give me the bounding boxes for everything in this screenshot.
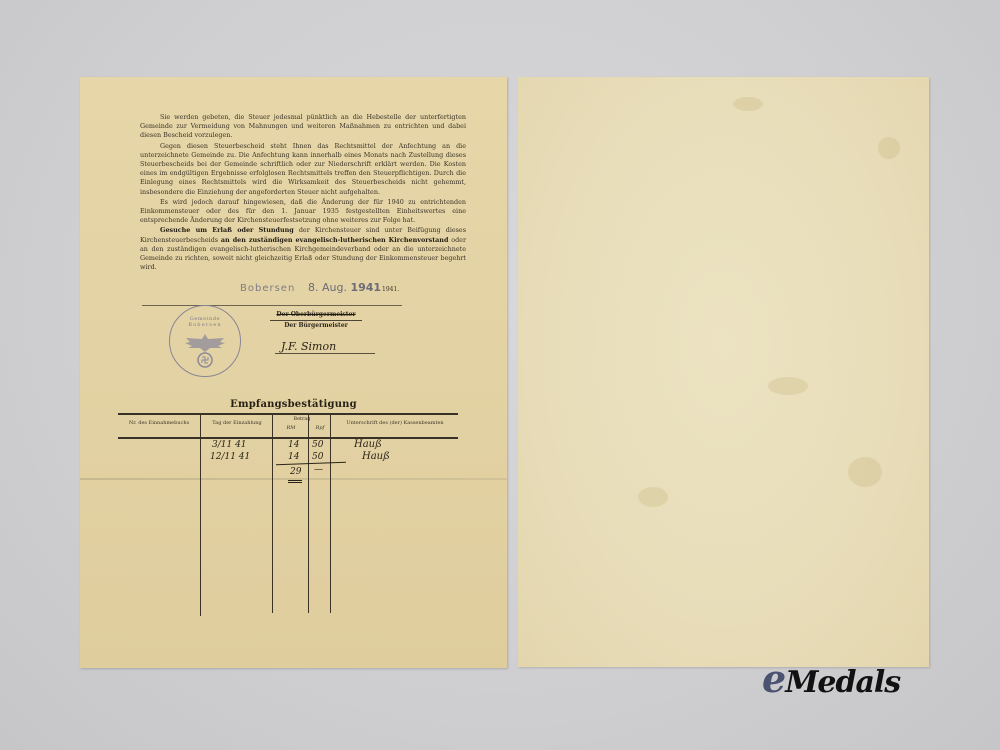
header-payment-date: Tag der Einzahlung: [202, 420, 272, 426]
place-name: Bobersen: [240, 283, 295, 294]
place-date-line: [142, 292, 402, 306]
foxing-spot: [733, 97, 763, 111]
header-rpf: Rpf: [310, 425, 330, 431]
header-rm: RM: [278, 425, 304, 431]
column-divider: [330, 415, 331, 613]
double-underline: [288, 480, 302, 483]
emedals-watermark: eMedals: [762, 656, 900, 701]
foxing-spot: [638, 487, 668, 507]
row-1-rm: 14: [288, 440, 299, 450]
sum-underline: [276, 462, 346, 465]
column-divider: [308, 415, 309, 613]
row-2-cashier-signature: Hauß: [362, 451, 390, 462]
document-body: Sie werden gebeten, die Steuer jedesmal …: [140, 113, 466, 273]
paragraph-appeal-rights: Gegen diesen Steuerbescheid steht Ihnen …: [140, 142, 466, 197]
column-divider: [200, 415, 201, 616]
eagle-emblem-icon: [182, 330, 228, 370]
header-receipt-book-no: Nr. des Einnahmebuchs: [120, 420, 198, 426]
header-cashier-signature: Unterschrift des (der) Kassenbeamten: [332, 420, 458, 426]
official-title-struck: Der Oberbürgermeister: [270, 311, 362, 318]
paragraph-payment-instructions: Sie werden gebeten, die Steuer jedesmal …: [140, 113, 466, 141]
date-stamp: 8. Aug. 1941: [308, 281, 381, 294]
mayor-signature: J.F. Simon: [275, 340, 375, 354]
table-top-rule: [118, 413, 458, 415]
row-1-date: 3/11 41: [212, 440, 247, 450]
row-2-rpf: 50: [312, 452, 323, 462]
tax-document-back-page: Sie werden gebeten, die Steuer jedesmal …: [80, 77, 507, 668]
total-rpf: —: [314, 465, 323, 475]
blank-document-page: [518, 77, 929, 667]
table-header-rule: [118, 437, 458, 439]
receipt-title: Empfangsbestätigung: [80, 399, 507, 410]
printed-year: 1941.: [382, 286, 399, 293]
foxing-spot: [878, 137, 900, 159]
total-rm: 29: [290, 467, 301, 477]
row-2-date: 12/11 41: [210, 452, 250, 462]
row-1-rpf: 50: [312, 440, 323, 450]
row-2-rm: 14: [288, 452, 299, 462]
paragraph-deferral-requests: Gesuche um Erlaß oder Stundung der Kirch…: [140, 226, 466, 272]
receipt-table: Nr. des Einnahmebuchs Tag der Einzahlung…: [118, 413, 458, 616]
official-title: Der Bürgermeister: [270, 320, 362, 329]
municipal-seal: Gemeinde Bobersen: [169, 305, 241, 377]
paragraph-assessment-change: Es wird jedoch darauf hingewiesen, daß d…: [140, 198, 466, 226]
header-amount: Betrag: [274, 416, 330, 422]
foxing-spot: [848, 457, 882, 487]
official-title-block: Der Oberbürgermeister Der Bürgermeister: [270, 311, 362, 329]
row-1-cashier-signature: Hauß: [354, 439, 382, 450]
column-divider: [272, 415, 273, 613]
seal-line-2: Bobersen: [170, 322, 240, 328]
foxing-spot: [768, 377, 808, 395]
